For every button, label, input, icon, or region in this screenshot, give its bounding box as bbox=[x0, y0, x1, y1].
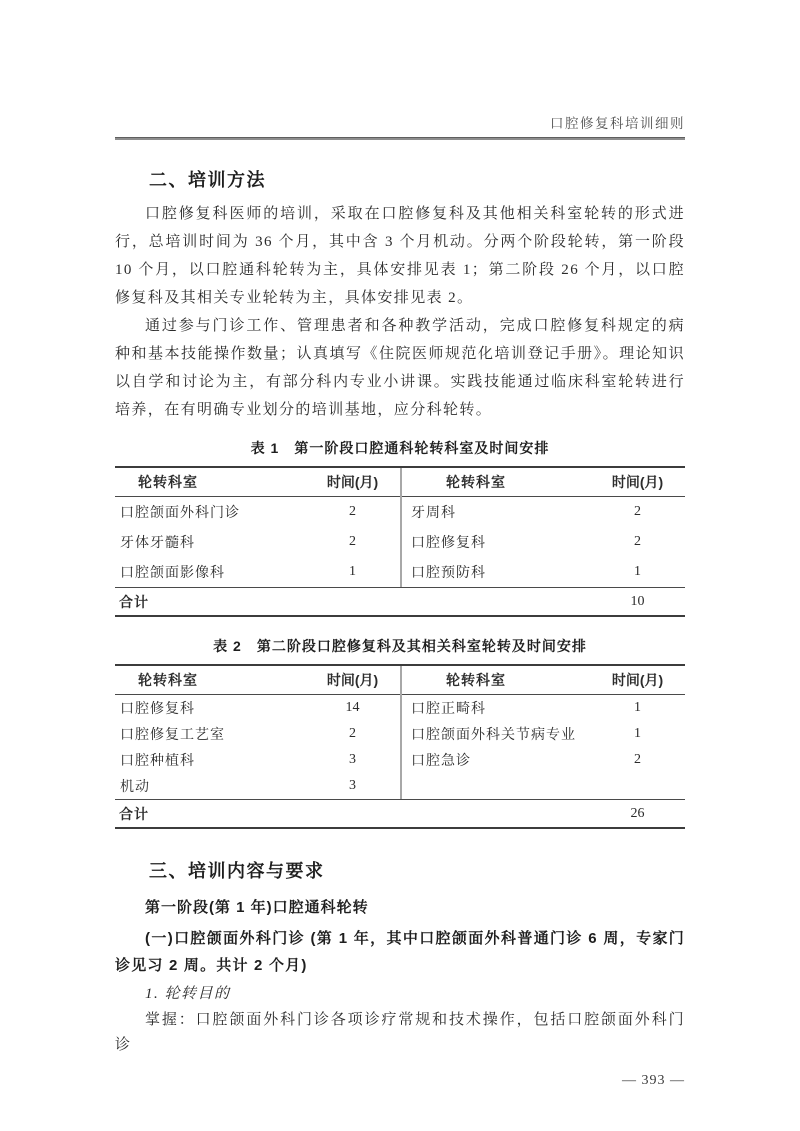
time-cell: 1 bbox=[590, 700, 685, 716]
paragraph-method-2: 通过参与门诊工作、管理患者和各种教学活动，完成口腔修复科规定的病种和基本技能操作… bbox=[115, 312, 685, 424]
column-header-dept: 轮转科室 bbox=[115, 472, 305, 492]
page-number: — 393 — bbox=[115, 1073, 685, 1089]
table-row: 口腔颌面外科关节病专业 1 bbox=[402, 721, 685, 747]
total-label: 合计 bbox=[115, 804, 590, 824]
dept-cell: 口腔正畸科 bbox=[402, 698, 590, 718]
item-1-paragraph: 掌握：口腔颌面外科门诊各项诊疗常规和技术操作，包括口腔颌面外科门诊 bbox=[115, 1008, 685, 1058]
table-header-row: 轮转科室 时间(月) bbox=[115, 666, 400, 695]
time-cell: 2 bbox=[590, 752, 685, 768]
table-header-row: 轮转科室 时间(月) bbox=[402, 468, 685, 497]
stage-1-heading: 第一阶段(第 1 年)口腔通科轮转 bbox=[115, 897, 685, 918]
table-row: 口腔急诊 2 bbox=[402, 747, 685, 773]
section-title-content: 三、培训内容与要求 bbox=[149, 860, 685, 883]
dept-cell: 口腔颌面外科关节病专业 bbox=[402, 724, 590, 744]
table-row: 口腔预防科 1 bbox=[402, 557, 685, 587]
column-header-dept: 轮转科室 bbox=[402, 472, 590, 492]
table-2-right-half: 轮转科室 时间(月) 口腔正畸科 1 口腔颌面外科关节病专业 1 口腔急诊 2 bbox=[400, 666, 685, 799]
dept-cell: 口腔修复科 bbox=[402, 532, 590, 552]
table-1-caption: 表 1 第一阶段口腔通科轮转科室及时间安排 bbox=[115, 439, 685, 457]
column-header-time: 时间(月) bbox=[305, 670, 400, 690]
paragraph-method-1: 口腔修复科医师的培训，采取在口腔修复科及其他相关科室轮转的形式进行，总培训时间为… bbox=[115, 200, 685, 312]
table-1-left-half: 轮转科室 时间(月) 口腔颌面外科门诊 2 牙体牙髓科 2 口腔颌面影像科 1 bbox=[115, 468, 400, 587]
time-cell: 2 bbox=[305, 504, 400, 520]
total-value: 10 bbox=[590, 594, 685, 610]
page-content: 口腔修复科培训细则 二、培训方法 口腔修复科医师的培训，采取在口腔修复科及其他相… bbox=[115, 0, 685, 1089]
table-2-left-half: 轮转科室 时间(月) 口腔修复科 14 口腔修复工艺室 2 口腔种植科 3 机动 bbox=[115, 666, 400, 799]
table-1: 轮转科室 时间(月) 口腔颌面外科门诊 2 牙体牙髓科 2 口腔颌面影像科 1 bbox=[115, 466, 685, 617]
time-cell: 14 bbox=[305, 700, 400, 716]
dept-cell: 口腔颌面外科门诊 bbox=[115, 502, 305, 522]
column-header-time: 时间(月) bbox=[590, 472, 685, 492]
running-header: 口腔修复科培训细则 bbox=[115, 112, 685, 132]
column-header-time: 时间(月) bbox=[590, 670, 685, 690]
table-row: 口腔修复工艺室 2 bbox=[115, 721, 400, 747]
table-2-caption: 表 2 第二阶段口腔修复科及其相关科室轮转及时间安排 bbox=[115, 637, 685, 655]
table-row-empty bbox=[402, 773, 685, 799]
table-row: 口腔颌面外科门诊 2 bbox=[115, 497, 400, 527]
time-cell: 1 bbox=[305, 564, 400, 580]
time-cell: 2 bbox=[590, 504, 685, 520]
table-header-row: 轮转科室 时间(月) bbox=[115, 468, 400, 497]
table-row: 口腔颌面影像科 1 bbox=[115, 557, 400, 587]
table-row: 口腔修复科 14 bbox=[115, 695, 400, 721]
time-cell: 2 bbox=[305, 534, 400, 550]
time-cell: 2 bbox=[590, 534, 685, 550]
table-row: 口腔修复科 2 bbox=[402, 527, 685, 557]
total-label: 合计 bbox=[115, 592, 590, 612]
dept-cell: 机动 bbox=[115, 776, 305, 796]
dept-cell: 口腔种植科 bbox=[115, 750, 305, 770]
item-1-subheading: 1. 轮转目的 bbox=[115, 982, 685, 1007]
column-header-time: 时间(月) bbox=[305, 472, 400, 492]
table-row: 口腔种植科 3 bbox=[115, 747, 400, 773]
column-header-dept: 轮转科室 bbox=[115, 670, 305, 690]
table-1-body: 轮转科室 时间(月) 口腔颌面外科门诊 2 牙体牙髓科 2 口腔颌面影像科 1 bbox=[115, 468, 685, 587]
dept-cell: 口腔修复工艺室 bbox=[115, 724, 305, 744]
total-value: 26 bbox=[590, 806, 685, 822]
table-2: 轮转科室 时间(月) 口腔修复科 14 口腔修复工艺室 2 口腔种植科 3 机动 bbox=[115, 664, 685, 829]
section-title-method: 二、培训方法 bbox=[149, 169, 685, 192]
table-row: 机动 3 bbox=[115, 773, 400, 799]
time-cell: 3 bbox=[305, 778, 400, 794]
dept-cell: 口腔颌面影像科 bbox=[115, 562, 305, 582]
table-row: 口腔正畸科 1 bbox=[402, 695, 685, 721]
time-cell: 3 bbox=[305, 752, 400, 768]
method-paragraphs: 口腔修复科医师的培训，采取在口腔修复科及其他相关科室轮转的形式进行，总培训时间为… bbox=[115, 200, 685, 424]
time-cell: 1 bbox=[590, 564, 685, 580]
table-2-total-row: 合计 26 bbox=[115, 799, 685, 827]
table-row: 牙周科 2 bbox=[402, 497, 685, 527]
table-1-total-row: 合计 10 bbox=[115, 587, 685, 615]
header-rule bbox=[115, 137, 685, 140]
table-1-right-half: 轮转科室 时间(月) 牙周科 2 口腔修复科 2 口腔预防科 1 bbox=[400, 468, 685, 587]
time-cell: 1 bbox=[590, 726, 685, 742]
dept-cell: 牙周科 bbox=[402, 502, 590, 522]
column-header-dept: 轮转科室 bbox=[402, 670, 590, 690]
dept-cell: 牙体牙髓科 bbox=[115, 532, 305, 552]
table-2-body: 轮转科室 时间(月) 口腔修复科 14 口腔修复工艺室 2 口腔种植科 3 机动 bbox=[115, 666, 685, 799]
time-cell: 2 bbox=[305, 726, 400, 742]
dept-cell: 口腔急诊 bbox=[402, 750, 590, 770]
table-header-row: 轮转科室 时间(月) bbox=[402, 666, 685, 695]
dept-cell: 口腔修复科 bbox=[115, 698, 305, 718]
dept-cell: 口腔预防科 bbox=[402, 562, 590, 582]
table-row: 牙体牙髓科 2 bbox=[115, 527, 400, 557]
item-1-heading: (一)口腔颌面外科门诊 (第 1 年，其中口腔颌面外科普通门诊 6 周，专家门诊… bbox=[115, 925, 685, 979]
